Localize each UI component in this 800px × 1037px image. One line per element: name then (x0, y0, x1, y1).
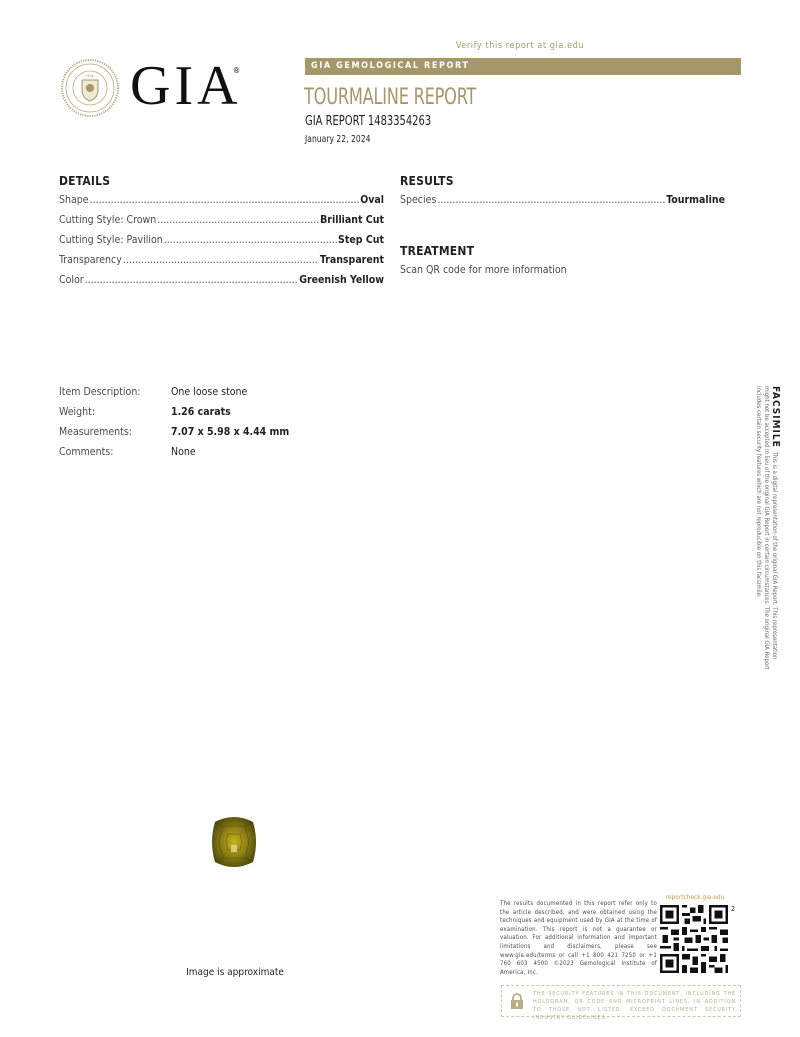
dot-leader (123, 254, 319, 266)
verify-link[interactable]: Verify this report at gia.edu (300, 41, 740, 51)
report-band: GIA GEMOLOGICAL REPORT (305, 58, 741, 75)
report-date: January 22, 2024 (305, 134, 370, 145)
detail-row-shape: ShapeOval (59, 194, 384, 214)
dot-leader (437, 194, 665, 206)
result-label: Species (400, 194, 436, 206)
dot-leader (85, 274, 299, 286)
item-row-description: Item Description: One loose stone (59, 386, 289, 406)
result-value: Tourmaline (666, 194, 725, 206)
item-value: 1.26 carats (171, 406, 231, 426)
item-value: 7.07 x 5.98 x 4.44 mm (171, 426, 289, 446)
gia-logo-wordmark: GIA (130, 56, 242, 116)
reportcheck-link[interactable]: reportcheck.gia.edu (660, 893, 730, 901)
detail-value: Greenish Yellow (299, 274, 384, 286)
gia-seal-icon: GIA (60, 58, 120, 118)
report-number: GIA REPORT 1483354263 (305, 114, 431, 129)
registered-mark: ® (233, 66, 240, 75)
detail-label: Cutting Style: Crown (59, 214, 156, 226)
item-label: Item Description: (59, 386, 171, 406)
detail-value: Transparent (320, 254, 384, 266)
item-row-weight: Weight: 1.26 carats (59, 406, 289, 426)
detail-value: Oval (360, 194, 384, 206)
item-row-measurements: Measurements: 7.07 x 5.98 x 4.44 mm (59, 426, 289, 446)
facsimile-title: FACSIMILE (770, 386, 781, 448)
result-row-species: SpeciesTourmaline (400, 194, 725, 214)
qr-number: 2 (731, 905, 735, 913)
detail-label: Shape (59, 194, 89, 206)
detail-row-crown: Cutting Style: CrownBrilliant Cut (59, 214, 384, 234)
svg-text:GIA: GIA (86, 73, 94, 78)
detail-row-pavilion: Cutting Style: PavilionStep Cut (59, 234, 384, 254)
security-notice: THE SECURITY FEATURES IN THIS DOCUMENT, … (501, 985, 741, 1017)
detail-label: Transparency (59, 254, 122, 266)
details-section: DETAILS ShapeOval Cutting Style: CrownBr… (59, 174, 384, 294)
item-label: Comments: (59, 446, 171, 466)
item-label: Measurements: (59, 426, 171, 446)
treatment-section: TREATMENT Scan QR code for more informat… (400, 244, 725, 276)
results-section: RESULTS SpeciesTourmaline (400, 174, 725, 214)
item-row-comments: Comments: None (59, 446, 289, 466)
detail-label: Cutting Style: Pavilion (59, 234, 163, 246)
gemstone-image (209, 812, 259, 872)
detail-value: Brilliant Cut (320, 214, 384, 226)
results-title: RESULTS (400, 174, 725, 188)
security-text: THE SECURITY FEATURES IN THIS DOCUMENT, … (533, 990, 736, 1022)
report-type-title: TOURMALINE REPORT (304, 85, 476, 110)
band-label: GIA GEMOLOGICAL REPORT (311, 61, 470, 71)
detail-value: Step Cut (338, 234, 384, 246)
item-info-section: Item Description: One loose stone Weight… (59, 386, 289, 466)
image-caption: Image is approximate (150, 967, 320, 978)
detail-label: Color (59, 274, 84, 286)
item-value: One loose stone (171, 386, 247, 406)
details-title: DETAILS (59, 174, 384, 188)
detail-row-color: ColorGreenish Yellow (59, 274, 384, 294)
facsimile-notice: FACSIMILEThis is a digital representatio… (749, 386, 779, 676)
qr-code-icon[interactable] (660, 905, 728, 973)
treatment-title: TREATMENT (400, 244, 725, 258)
treatment-note: Scan QR code for more information (400, 264, 725, 276)
detail-row-transparency: TransparencyTransparent (59, 254, 384, 274)
item-value: None (171, 446, 196, 466)
item-label: Weight: (59, 406, 171, 426)
dot-leader (90, 194, 360, 206)
dot-leader (164, 234, 337, 246)
lock-icon (510, 993, 524, 1009)
dot-leader (157, 214, 319, 226)
legal-disclaimer: The results documented in this report re… (500, 900, 657, 977)
